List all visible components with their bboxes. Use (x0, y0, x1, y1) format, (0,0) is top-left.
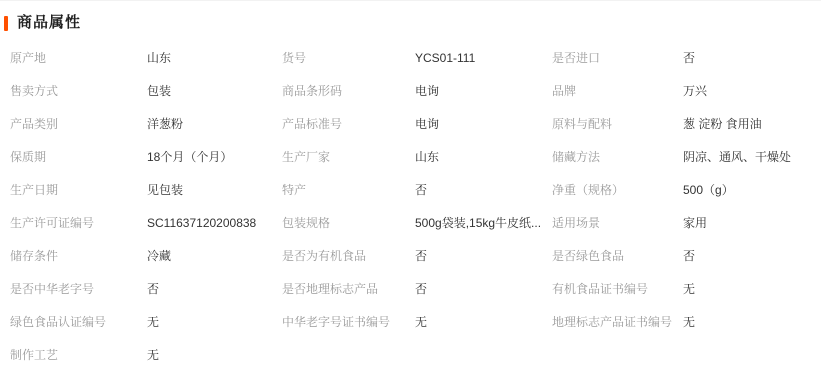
section-title: 商品属性 (17, 14, 81, 32)
attribute-label: 中华老字号证书编号 (282, 306, 415, 339)
attribute-value: 电询 (415, 75, 552, 108)
attribute-value: 否 (683, 240, 821, 273)
attribute-value: 无 (147, 306, 282, 339)
attribute-label: 储存条件 (10, 240, 147, 273)
attribute-value: 否 (683, 42, 821, 75)
product-attributes-section: 商品属性 原产地山东货号YCS01-111是否进口否售卖方式包装商品条形码电询品… (0, 1, 821, 372)
attribute-value: 否 (415, 174, 552, 207)
attribute-value: 葱 淀粉 食用油 (683, 108, 821, 141)
attribute-label: 是否绿色食品 (552, 240, 683, 273)
attribute-label: 产品类别 (10, 108, 147, 141)
attribute-label: 适用场景 (552, 207, 683, 240)
attribute-value: YCS01-111 (415, 42, 552, 75)
attribute-label: 地理标志产品证书编号 (552, 306, 683, 339)
attribute-label (552, 339, 683, 372)
attribute-label: 货号 (282, 42, 415, 75)
attribute-value: SC11637120200838 (147, 207, 282, 240)
attribute-value: 洋葱粉 (147, 108, 282, 141)
accent-bar-icon (4, 16, 8, 31)
attribute-value: 包装 (147, 75, 282, 108)
attributes-table: 原产地山东货号YCS01-111是否进口否售卖方式包装商品条形码电询品牌万兴产品… (0, 42, 821, 372)
attribute-label: 是否地理标志产品 (282, 273, 415, 306)
attribute-label: 原产地 (10, 42, 147, 75)
attribute-label: 绿色食品认证编号 (10, 306, 147, 339)
attribute-label: 是否中华老字号 (10, 273, 147, 306)
attribute-value: 无 (415, 306, 552, 339)
attribute-label: 生产日期 (10, 174, 147, 207)
attribute-label: 制作工艺 (10, 339, 147, 372)
attribute-label: 是否为有机食品 (282, 240, 415, 273)
attribute-value: 无 (683, 273, 821, 306)
attribute-value: 冷藏 (147, 240, 282, 273)
attribute-value: 无 (683, 306, 821, 339)
attribute-value: 山东 (415, 141, 552, 174)
attribute-value: 18个月（个月） (147, 141, 282, 174)
attribute-value (415, 339, 552, 372)
attribute-label: 有机食品证书编号 (552, 273, 683, 306)
attribute-value: 否 (415, 240, 552, 273)
attribute-value: 见包装 (147, 174, 282, 207)
attribute-value: 否 (415, 273, 552, 306)
attribute-label: 特产 (282, 174, 415, 207)
attribute-label (282, 339, 415, 372)
attribute-value: 电询 (415, 108, 552, 141)
attribute-label: 生产许可证编号 (10, 207, 147, 240)
attribute-value: 家用 (683, 207, 821, 240)
attribute-value: 500g袋装,15kg牛皮纸... (415, 207, 552, 240)
attribute-label: 包装规格 (282, 207, 415, 240)
attribute-label: 品牌 (552, 75, 683, 108)
attribute-value (683, 339, 821, 372)
attribute-value: 万兴 (683, 75, 821, 108)
attribute-value: 无 (147, 339, 282, 372)
section-header: 商品属性 (0, 1, 821, 32)
attribute-value: 500（g） (683, 174, 821, 207)
attribute-label: 生产厂家 (282, 141, 415, 174)
attribute-label: 产品标准号 (282, 108, 415, 141)
attribute-value: 阴凉、通风、干燥处 (683, 141, 821, 174)
attribute-label: 原料与配料 (552, 108, 683, 141)
attribute-label: 储藏方法 (552, 141, 683, 174)
attribute-value: 否 (147, 273, 282, 306)
attribute-label: 保质期 (10, 141, 147, 174)
attribute-label: 净重（规格） (552, 174, 683, 207)
attribute-label: 是否进口 (552, 42, 683, 75)
attribute-value: 山东 (147, 42, 282, 75)
attribute-label: 售卖方式 (10, 75, 147, 108)
attribute-label: 商品条形码 (282, 75, 415, 108)
